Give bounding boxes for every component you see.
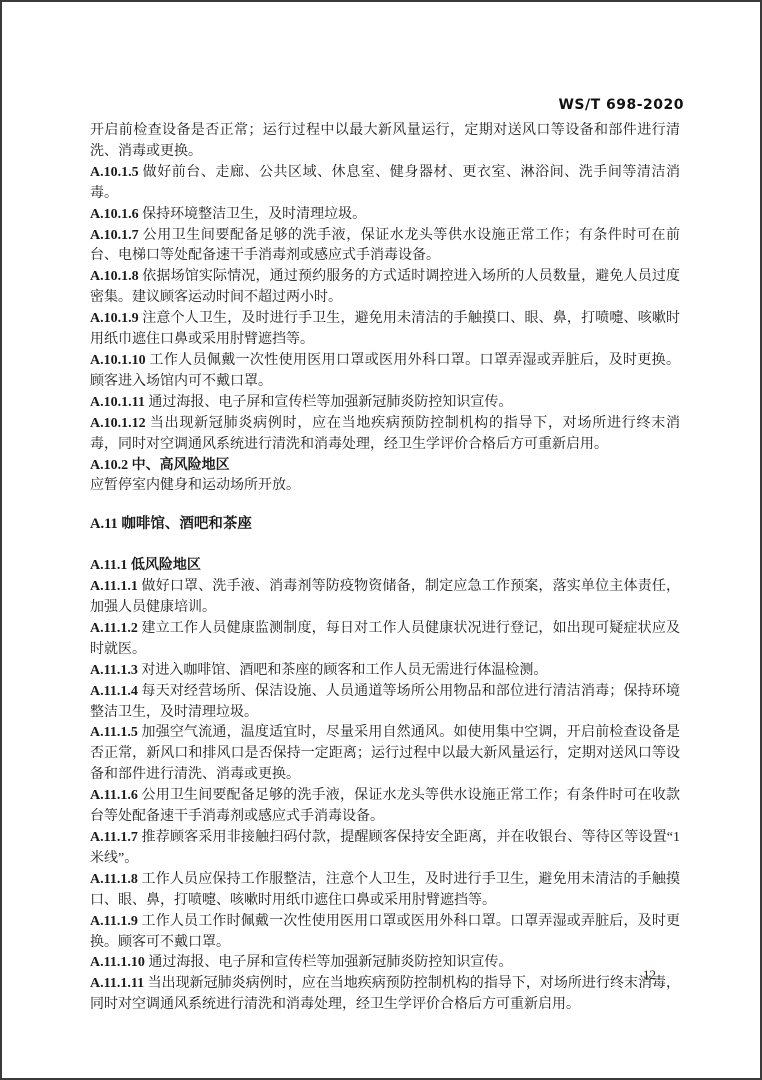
clause-number: A.10.1.5	[90, 165, 139, 180]
clause-text: 每天对经营场所、保洁设施、人员通道等场所公用物品和部位进行清洁消毒；保持环境整洁…	[90, 684, 680, 720]
clause-paragraph: A.11.1.10 通过海报、电子屏和宣传栏等加强新冠肺炎防控知识宣传。	[90, 953, 680, 974]
clause-paragraph: A.10.1.10 工作人员佩戴一次性使用医用口罩或医用外科口罩。口罩弄湿或弄脏…	[90, 351, 680, 393]
clause-number: A.11.1.2	[90, 621, 138, 636]
clause-text: 注意个人卫生，及时进行手卫生，避免用未清洁的手触摸口、眼、鼻，打喷嚏、咳嗽时用纸…	[90, 311, 680, 347]
clause-paragraph: A.11.1.5 加强空气流通，温度适宜时，尽量采用自然通风。如使用集中空调，开…	[90, 723, 680, 786]
clause-text: 开启前检查设备是否正常；运行过程中以最大新风量运行，定期对送风口等设备和部件进行…	[90, 123, 680, 159]
clause-paragraph: A.11.1.6 公用卫生间要配备足够的洗手液，保证水龙头等供水设施正常工作；有…	[90, 786, 680, 828]
clause-text: 咖啡馆、酒吧和茶座	[121, 516, 252, 532]
clause-paragraph: A.10.1.8 依据场馆实际情况，通过预约服务的方式适时调控进入场所的人员数量…	[90, 267, 680, 309]
clause-number: A.11.1.6	[90, 788, 138, 803]
clause-number: A.10.1.8	[90, 269, 139, 284]
clause-paragraph: A.10.1.9 注意个人卫生，及时进行手卫生，避免用未清洁的手触摸口、眼、鼻，…	[90, 309, 680, 351]
clause-paragraph: A.11.1.4 每天对经营场所、保洁设施、人员通道等场所公用物品和部位进行清洁…	[90, 682, 680, 724]
clause-paragraph: A.11.1.11 当出现新冠肺炎病例时，应在当地疾病预防控制机构的指导下，对场…	[90, 974, 680, 1016]
clause-number: A.11.1.11	[90, 976, 144, 991]
clause-paragraph: A.10.1.11 通过海报、电子屏和宣传栏等加强新冠肺炎防控知识宣传。	[90, 393, 680, 414]
clause-number: A.11.1.10	[90, 955, 145, 970]
clause-text: 中、高风险地区	[132, 458, 230, 473]
clause-text: 工作人员应保持工作服整洁，注意个人卫生，及时进行手卫生，避免用未清洁的手触摸口、…	[90, 872, 680, 908]
clause-number: A.11.1.7	[90, 830, 138, 845]
clause-paragraph: A.10.1.6 保持环境整洁卫生，及时清理垃圾。	[90, 205, 680, 226]
clause-text: 工作人员工作时佩戴一次性使用医用口罩或医用外科口罩。口罩弄湿或弄脏后，及时更换。…	[90, 914, 680, 950]
page-number: 12	[643, 967, 656, 982]
clause-paragraph: 应暂停室内健身和运动场所开放。	[90, 476, 680, 497]
clause-number: A.11	[90, 516, 118, 532]
document-content: 开启前检查设备是否正常；运行过程中以最大新风量运行，定期对送风口等设备和部件进行…	[90, 121, 680, 1016]
clause-number: A.10.1.7	[90, 228, 139, 243]
clause-text: 通过海报、电子屏和宣传栏等加强新冠肺炎防控知识宣传。	[148, 955, 512, 970]
clause-number: A.11.1.1	[90, 579, 138, 594]
clause-paragraph: A.11.1.3 对进入咖啡馆、酒吧和茶座的顾客和工作人员无需进行体温检测。	[90, 661, 680, 682]
clause-number: A.11.1.8	[90, 872, 138, 887]
standard-number: WS/T 698-2020	[558, 97, 684, 113]
clause-number: A.11.1	[90, 558, 127, 573]
clause-paragraph: 开启前检查设备是否正常；运行过程中以最大新风量运行，定期对送风口等设备和部件进行…	[90, 121, 680, 163]
clause-paragraph: A.11.1.9 工作人员工作时佩戴一次性使用医用口罩或医用外科口罩。口罩弄湿或…	[90, 912, 680, 954]
clause-paragraph: A.10.1.12 当出现新冠肺炎病例时，应在当地疾病预防控制机构的指导下，对场…	[90, 414, 680, 456]
document-header: WS/T 698-2020	[558, 97, 684, 113]
clause-text: 依据场馆实际情况，通过预约服务的方式适时调控进入场所的人员数量，避免人员过度密集…	[90, 269, 680, 305]
clause-number: A.11.1.9	[90, 914, 138, 929]
clause-text: 应暂停室内健身和运动场所开放。	[90, 478, 300, 493]
clause-text: 低风险地区	[131, 558, 201, 573]
clause-number: A.10.1.11	[90, 395, 145, 410]
clause-paragraph: A.11.1.7 推荐顾客采用非接触扫码付款，提醒顾客保持安全距离，并在收银台、…	[90, 828, 680, 870]
clause-text: 公用卫生间要配备足够的洗手液，保证水龙头等供水设施正常工作；有条件时可在收款台等…	[90, 788, 680, 824]
clause-paragraph: A.10.1.7 公用卫生间要配备足够的洗手液，保证水龙头等供水设施正常工作；有…	[90, 226, 680, 268]
clause-text: 通过海报、电子屏和宣传栏等加强新冠肺炎防控知识宣传。	[148, 395, 512, 410]
clause-number: A.10.2	[90, 458, 128, 473]
clause-paragraph: A.11.1.8 工作人员应保持工作服整洁，注意个人卫生，及时进行手卫生，避免用…	[90, 870, 680, 912]
clause-number: A.11.1.5	[90, 725, 138, 740]
clause-number: A.10.1.10	[90, 353, 146, 368]
clause-text: 做好口罩、洗手液、消毒剂等防疫物资储备，制定应急工作预案，落实单位主体责任，加强…	[90, 579, 680, 615]
clause-number: A.10.1.6	[90, 207, 139, 222]
clause-number: A.11.1.4	[90, 684, 138, 699]
clause-text: 建立工作人员健康监测制度，每日对工作人员健康状况进行登记，如出现可疑症状应及时就…	[90, 621, 680, 657]
clause-text: 推荐顾客采用非接触扫码付款，提醒顾客保持安全距离，并在收银台、等待区等设置“1米…	[90, 830, 680, 866]
clause-paragraph: A.11.1.2 建立工作人员健康监测制度，每日对工作人员健康状况进行登记，如出…	[90, 619, 680, 661]
clause-text: 对进入咖啡馆、酒吧和茶座的顾客和工作人员无需进行体温检测。	[141, 663, 547, 678]
clause-text: 加强空气流通，温度适宜时，尽量采用自然通风。如使用集中空调，开启前检查设备是否正…	[90, 725, 680, 782]
clause-text: 当出现新冠肺炎病例时，应在当地疾病预防控制机构的指导下，对场所进行终末消毒，同时…	[90, 976, 680, 1012]
clause-paragraph: A.10.1.5 做好前台、走廊、公共区域、休息室、健身器材、更衣室、淋浴间、洗…	[90, 163, 680, 205]
clause-number: A.10.1.9	[90, 311, 139, 326]
page-footer: 12	[643, 967, 656, 983]
clause-number: A.11.1.3	[90, 663, 138, 678]
clause-subheading: A.11.1 低风险地区	[90, 556, 680, 577]
clause-text: 工作人员佩戴一次性使用医用口罩或医用外科口罩。口罩弄湿或弄脏后，及时更换。顾客进…	[90, 353, 680, 389]
clause-subheading: A.10.2 中、高风险地区	[90, 456, 680, 477]
clause-number: A.10.1.12	[90, 416, 146, 431]
clause-text: 做好前台、走廊、公共区域、休息室、健身器材、更衣室、淋浴间、洗手间等清洁消毒。	[90, 165, 680, 201]
section-heading: A.11 咖啡馆、酒吧和茶座	[90, 514, 680, 535]
document-page: { "page": { "header": "WS/T 698-2020", "…	[0, 0, 762, 1080]
clause-text: 当出现新冠肺炎病例时，应在当地疾病预防控制机构的指导下，对场所进行终末消毒，同时…	[90, 416, 680, 452]
clause-text: 保持环境整洁卫生，及时清理垃圾。	[142, 207, 366, 222]
clause-text: 公用卫生间要配备足够的洗手液，保证水龙头等供水设施正常工作；有条件时可在前台、电…	[90, 228, 680, 264]
clause-paragraph: A.11.1.1 做好口罩、洗手液、消毒剂等防疫物资储备，制定应急工作预案，落实…	[90, 577, 680, 619]
